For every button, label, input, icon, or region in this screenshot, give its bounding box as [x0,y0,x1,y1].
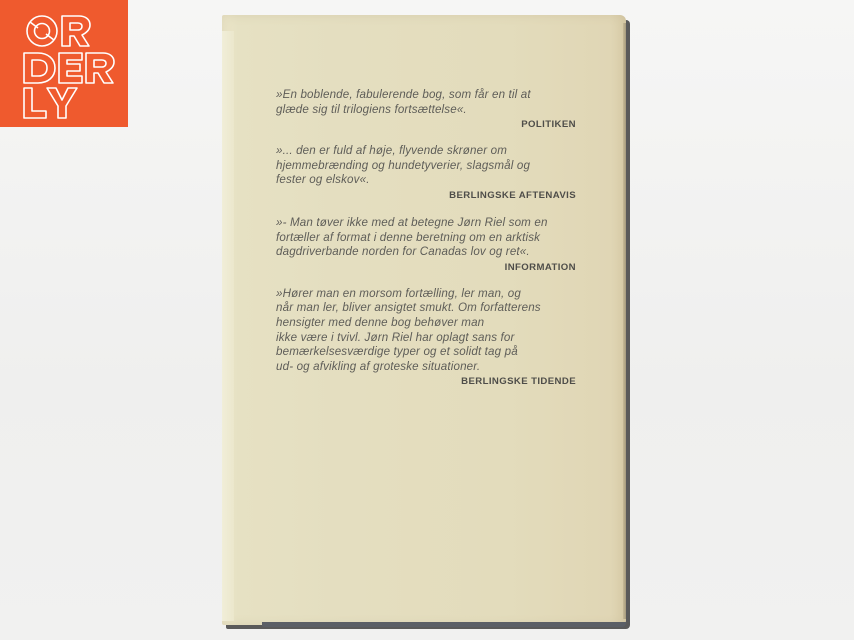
quote-source: BERLINGSKE AFTENAVIS [276,189,576,203]
quote-text: »- Man tøver ikke med at betegne Jørn Ri… [276,216,576,260]
quote-source: POLITIKEN [276,118,576,132]
review-quotes: »En boblende, fabulerende bog, som får e… [276,88,576,398]
review-quote: »Hører man en morsom fortælling, ler man… [276,287,576,390]
review-quote: »En boblende, fabulerende bog, som får e… [276,88,576,132]
quote-text: »... den er fuld af høje, flyvende skrøn… [276,144,576,188]
quote-source: BERLINGSKE TIDENDE [276,375,576,389]
quote-source: INFORMATION [276,261,576,275]
book-bottom-edge [262,622,626,627]
quote-text: »En boblende, fabulerende bog, som får e… [276,88,576,117]
orderly-logo-icon [0,0,128,127]
quote-text: »Hører man en morsom fortælling, ler man… [276,287,576,375]
review-quote: »... den er fuld af høje, flyvende skrøn… [276,144,576,203]
review-quote: »- Man tøver ikke med at betegne Jørn Ri… [276,216,576,275]
orderly-logo [0,0,128,127]
